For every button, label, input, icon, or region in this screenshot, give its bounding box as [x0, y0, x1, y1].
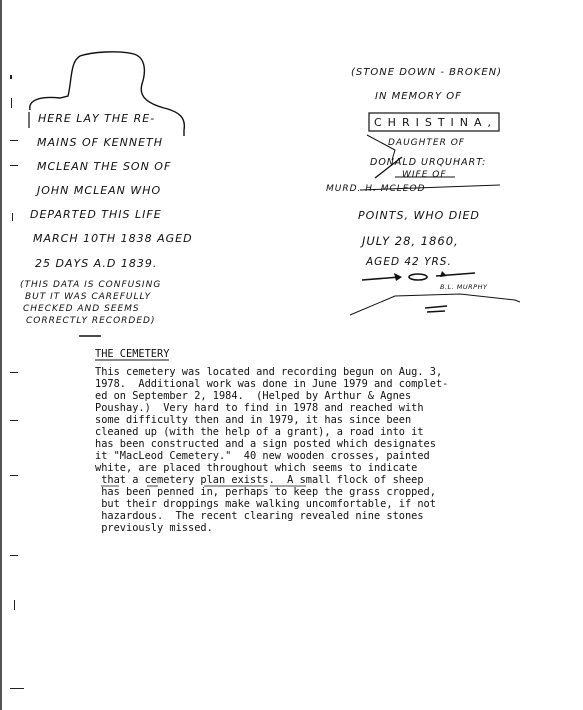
binder-mark [10, 75, 12, 79]
scan-margin-edge [0, 0, 2, 710]
binder-mark [10, 475, 18, 476]
inscription-line: Christina, [374, 116, 497, 129]
paragraph-line: hazardous. The recent clearing revealed … [95, 510, 424, 522]
inscription-line: Departed this life [30, 208, 162, 221]
inscription-line: Daughter of [388, 138, 465, 148]
inscription-line: Donald Urquhart: [370, 157, 486, 168]
binder-mark [11, 98, 12, 108]
paragraph-line: has been constructed and a sign posted w… [95, 438, 436, 450]
paragraph-line: that a cemetery plan exists. A small flo… [95, 474, 424, 486]
inscription-line: McLean the son of [37, 160, 171, 173]
researcher-note: checked and seems [23, 304, 140, 314]
binder-mark [14, 600, 15, 610]
paragraph-line: but their droppings make walking uncomfo… [95, 498, 436, 510]
paragraph-line: white, are placed throughout which seems… [95, 462, 417, 474]
sketch-layer [0, 0, 583, 710]
inscription-line: Murd. H. McLeod [326, 184, 426, 194]
inscription-line: mains of Kenneth [37, 136, 163, 149]
binder-mark [10, 372, 18, 373]
paragraph-line: some difficulty then and in 1979, it has… [95, 414, 411, 426]
inscription-line: July 28, 1860, [362, 234, 459, 248]
section-heading: THE CEMETERY [95, 348, 169, 360]
inscription-line: In memory of [375, 91, 462, 102]
recorder-signature: B.L. Murphy [440, 283, 487, 291]
inscription-line: Here lay the re- [38, 112, 155, 125]
inscription-line: Aged 42 Yrs. [366, 256, 452, 268]
binder-mark [10, 555, 18, 556]
binder-mark [10, 165, 18, 166]
binder-mark [10, 688, 24, 689]
inscription-line: John McLean who [37, 184, 161, 197]
inscription-line: Points, who died [358, 209, 480, 222]
inscription-line: March 10th 1838 Aged [33, 232, 193, 245]
paragraph-line: 1978. Additional work was done in June 1… [95, 378, 448, 390]
researcher-note: but it was carefully [25, 292, 151, 302]
binder-mark [10, 420, 18, 421]
stone-condition-note: (Stone Down - Broken) [351, 67, 502, 78]
inscription-line: 25 Days A.D 1839. [35, 257, 157, 270]
paragraph-line: This cemetery was located and recording … [95, 366, 442, 378]
paragraph-line: cleaned up (with the help of a grant), a… [95, 426, 424, 438]
paragraph-line: it "MacLeod Cemetery." 40 new wooden cro… [95, 450, 430, 462]
paragraph-line: previously missed. [95, 522, 213, 534]
researcher-note: correctly recorded) [26, 316, 155, 326]
paragraph-line: has been penned in, perhaps to keep the … [95, 486, 436, 498]
inscription-line: Wife of [402, 170, 447, 180]
binder-mark [10, 140, 18, 141]
paragraph-line: ed on September 2, 1984. (Helped by Arth… [95, 390, 411, 402]
binder-mark [12, 213, 13, 221]
researcher-note: (This data is confusing [20, 280, 161, 290]
paragraph-line: Poushay.) Very hard to find in 1978 and … [95, 402, 424, 414]
